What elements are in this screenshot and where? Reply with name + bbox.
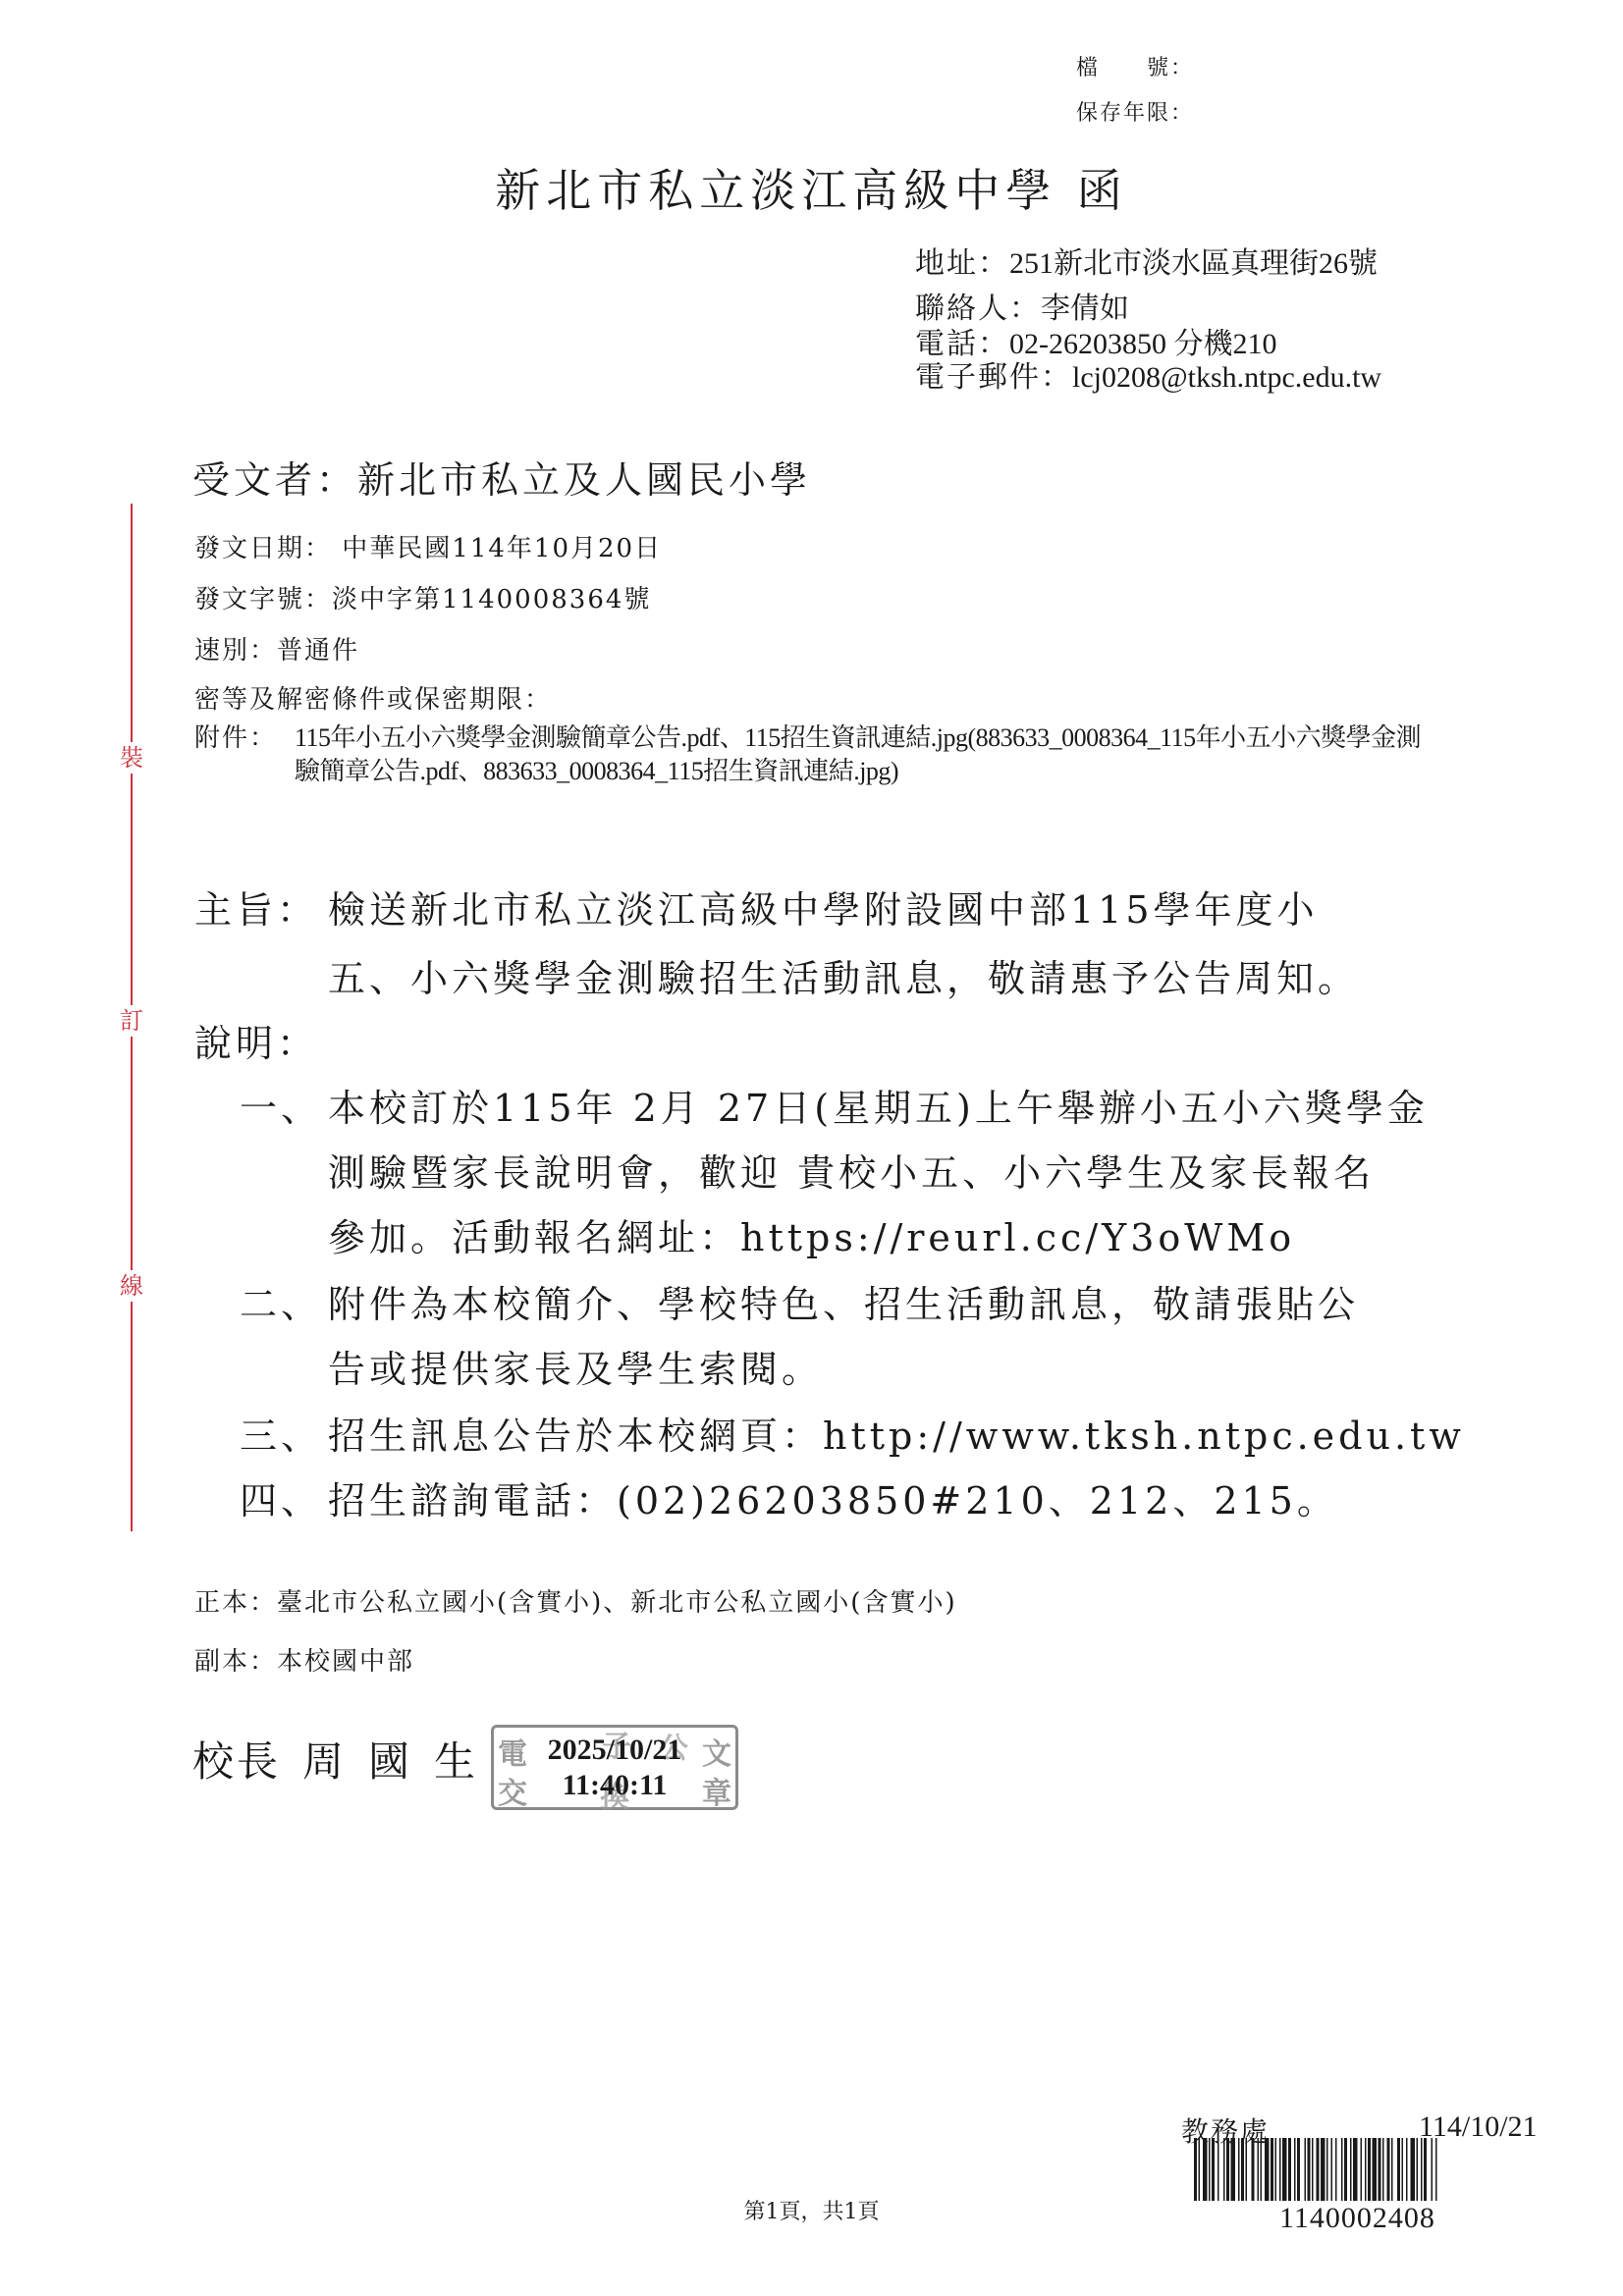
binding-mark-zhuang: 裝 <box>116 742 147 774</box>
email-label: 電子郵件： <box>915 360 1072 395</box>
contact-person-label: 聯絡人： <box>915 292 1041 326</box>
stamp-date: 2025/10/21 <box>494 1734 735 1767</box>
attachments-value[interactable]: 115年小五小六獎學金測驗簡章公告.pdf、115招生資訊連結.jpg(8836… <box>295 721 1443 788</box>
contact-email: 電子郵件：lcj0208@tksh.ntpc.edu.tw <box>915 363 1381 393</box>
name-char: 生 <box>434 1737 478 1786</box>
item-line: 附件為本校簡介、學校特色、招生活動訊息，敬請張貼公 <box>328 1274 1359 1328</box>
email-link[interactable]: lcj0208@tksh.ntpc.edu.tw <box>1072 361 1381 394</box>
delivery-speed-label: 速別： <box>194 636 277 666</box>
name-char: 周 <box>302 1737 347 1786</box>
item-marker: 四、 <box>240 1470 322 1524</box>
registration-url-line[interactable]: 參加。活動報名網址：https://reurl.cc/Y3oWMo <box>328 1207 1295 1261</box>
contact-person: 聯絡人：李倩如 <box>915 294 1129 324</box>
principal-name: 周國生 <box>302 1737 478 1786</box>
copy-value: 本校國中部 <box>277 1647 414 1677</box>
item-line: 招生諮詢電話：(02)26203850#210、212、215。 <box>328 1470 1338 1524</box>
address-value: 251新北市淡水區真理街26號 <box>1009 247 1378 280</box>
item-line: 測驗暨家長說明會，歡迎 貴校小五、小六學生及家長報名 <box>328 1143 1375 1197</box>
document-number-value: 淡中字第1140008364號 <box>332 585 651 614</box>
recipient: 受文者：新北市私立及人國民小學 <box>192 450 811 504</box>
name-char: 國 <box>368 1737 412 1786</box>
delivery-speed: 速別：普通件 <box>194 630 359 667</box>
issue-date: 發文日期： 中華民國114年10月20日 <box>194 528 662 564</box>
recipient-label: 受文者： <box>192 458 357 502</box>
explanation-label: 說明： <box>194 1013 318 1067</box>
item-line: 告或提供家長及學生索閱。 <box>328 1339 823 1393</box>
issue-date-label: 發文日期： <box>194 534 332 563</box>
contact-address: 地址：251新北市淡水區真理街26號 <box>915 249 1378 279</box>
barcode-icon <box>1194 2138 1512 2201</box>
electronic-exchange-stamp: 電 子 公 文 交 換 章 2025/10/21 11:40:11 <box>491 1725 738 1810</box>
issue-date-value: 中華民國114年10月20日 <box>342 534 662 563</box>
item-line: 本校訂於115年 2月 27日(星期五)上午舉辦小五小六獎學金 <box>328 1078 1429 1132</box>
archive-file-no-label: 檔 號： <box>1076 51 1194 81</box>
document-title: 新北市私立淡江高級中學 函 <box>0 155 1623 220</box>
document-number: 發文字號：淡中字第1140008364號 <box>194 579 651 615</box>
subject-line-1: 檢送新北市私立淡江高級中學附設國中部115學年度小 <box>328 880 1319 934</box>
attachments: 附件： 115年小五小六獎學金測驗簡章公告.pdf、115招生資訊連結.jpg(… <box>194 721 277 755</box>
binding-mark-xian: 線 <box>116 1270 147 1302</box>
principal-title: 校長 <box>192 1737 281 1786</box>
delivery-speed-value: 普通件 <box>277 636 359 666</box>
phone-label: 電話： <box>915 327 1009 361</box>
original-value: 臺北市公私立國小(含實小)、新北市公私立國小(含實小) <box>277 1588 957 1618</box>
secrecy-label: 密等及解密條件或保密期限： <box>194 685 552 715</box>
copy-label: 副本： <box>194 1647 277 1677</box>
stamp-time: 11:40:11 <box>494 1769 735 1802</box>
item-marker: 三、 <box>240 1406 322 1460</box>
document-number-label: 發文字號： <box>194 585 332 614</box>
principal-signature: 校長周國生 <box>192 1730 478 1789</box>
copy-recipients: 副本：本校國中部 <box>194 1641 414 1678</box>
recipient-value: 新北市私立及人國民小學 <box>357 458 811 502</box>
original-label: 正本： <box>194 1588 277 1618</box>
attachments-label: 附件： <box>194 723 277 753</box>
secrecy-level: 密等及解密條件或保密期限： <box>194 679 552 716</box>
archive-retention-label: 保存年限： <box>1076 96 1194 127</box>
original-recipients: 正本：臺北市公私立國小(含實小)、新北市公私立國小(含實小) <box>194 1582 957 1619</box>
barcode-number: 1140002408 <box>1279 2202 1435 2235</box>
contact-phone: 電話：02-26203850 分機210 <box>915 330 1277 359</box>
contact-person-value: 李倩如 <box>1041 292 1129 326</box>
phone-value: 02-26203850 分機210 <box>1009 328 1277 360</box>
binding-mark-ding: 訂 <box>116 1005 147 1037</box>
item-marker: 一、 <box>240 1078 322 1132</box>
subject-line-2: 五、小六獎學金測驗招生活動訊息，敬請惠予公告周知。 <box>328 948 1359 1002</box>
website-url-line[interactable]: 招生訊息公告於本校網頁：http://www.tksh.ntpc.edu.tw <box>328 1406 1465 1460</box>
item-marker: 二、 <box>240 1274 322 1328</box>
subject-label: 主旨： <box>194 880 318 934</box>
address-label: 地址： <box>915 246 1009 281</box>
